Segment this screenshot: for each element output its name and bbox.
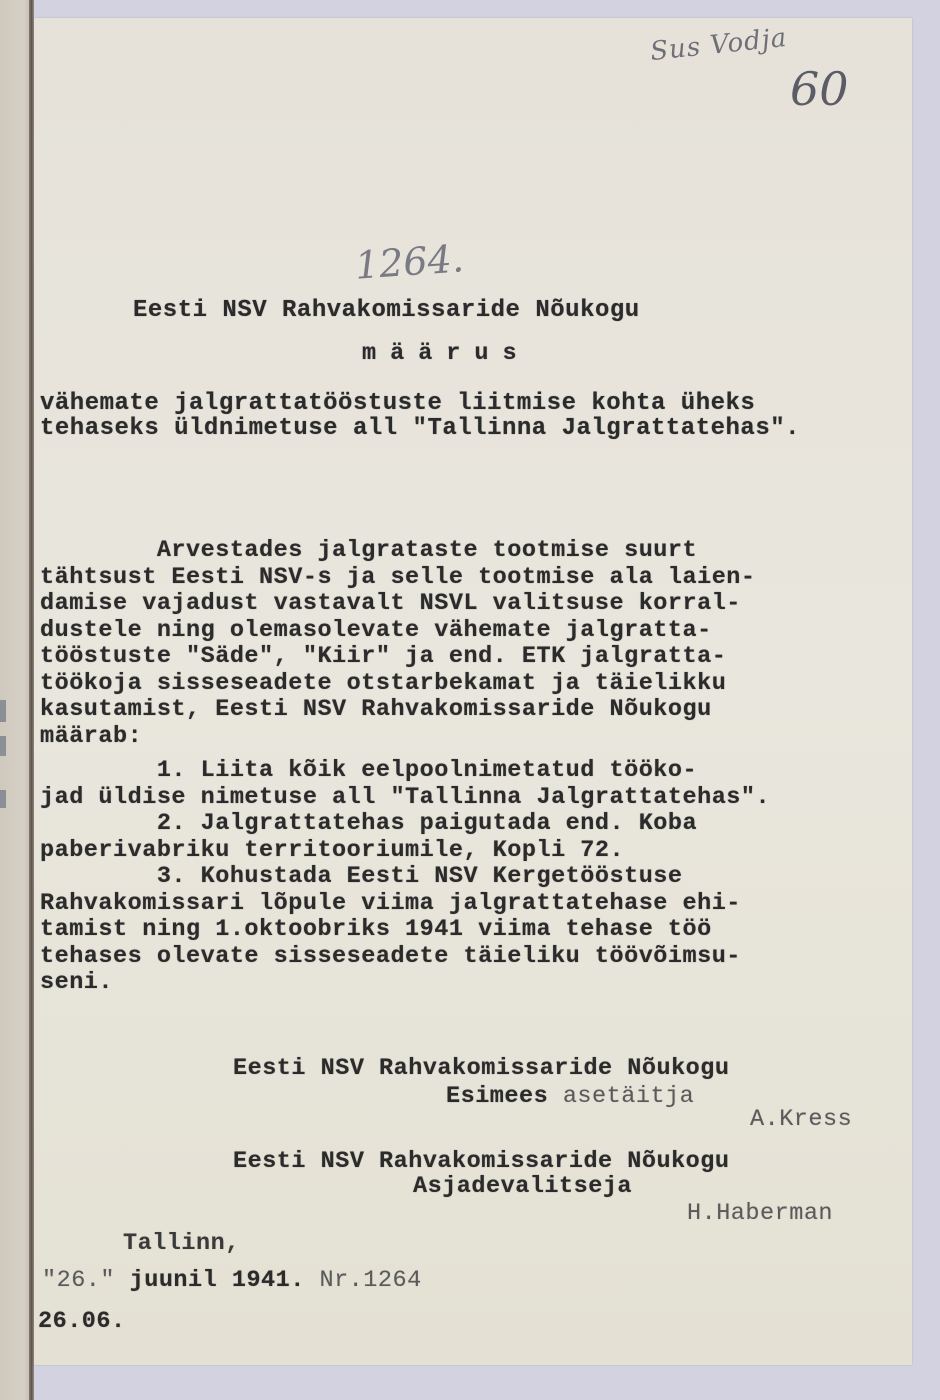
signature-role: Asjadevalitseja: [413, 1173, 632, 1200]
body-text-line: tamist ning 1.oktoobriks 1941 viima teha…: [40, 916, 712, 943]
handwritten-document-number: 1264.: [354, 236, 466, 287]
body-text-line: dustele ning olemasolevate vähemate jalg…: [40, 617, 712, 644]
handwritten-page-number: 60: [790, 62, 849, 116]
body-text-line: Rahvakomissari lõpule viima jalgrattateh…: [40, 890, 741, 917]
signature-role: Esimees asetäitja: [446, 1083, 694, 1110]
body-text-line: 2. Jalgrattatehas paigutada end. Koba: [40, 810, 697, 837]
signatory-name: H.Haberman: [687, 1200, 833, 1227]
signature-organization: Eesti NSV Rahvakomissaride Nõukogu: [233, 1055, 729, 1082]
body-text-line: Arvestades jalgrataste tootmise suurt: [40, 537, 697, 564]
underlying-text-mark: [0, 700, 6, 722]
stamp-date: 26.06.: [38, 1308, 126, 1335]
body-text-line: kasutamist, Eesti NSV Rahvakomissaride N…: [40, 696, 712, 723]
signature-organization: Eesti NSV Rahvakomissaride Nõukogu: [233, 1148, 729, 1175]
body-text-line: tööstuste "Säde", "Kiir" ja end. ETK jal…: [40, 643, 726, 670]
signature-role-bold: Esimees: [446, 1083, 548, 1110]
body-text-line: jad üldise nimetuse all "Tallinna Jalgra…: [40, 784, 770, 811]
body-text-line: 1. Liita kõik eelpoolnimetatud töökо-: [40, 757, 697, 784]
body-text-line: 3. Kohustada Eesti NSV Kergetööstuse: [40, 863, 683, 890]
place-of-issue: Tallinn,: [123, 1230, 240, 1257]
signature-role-suffix: asetäitja: [563, 1083, 694, 1110]
underlying-text-mark: [0, 736, 6, 756]
subject-line: tehaseks üldnimetuse all "Tallinna Jalgr…: [40, 415, 800, 442]
underlying-text-mark: [0, 790, 6, 808]
body-text-line: määrab:: [40, 723, 142, 750]
date-month-year: juunil 1941.: [130, 1267, 305, 1294]
decree-number: Nr.1264: [319, 1267, 421, 1294]
body-text-line: tehases olevate sisseseadete täieliku tö…: [40, 943, 741, 970]
body-text-line: töökoja sisseseadete otstarbekamat ja tä…: [40, 670, 726, 697]
subject-line: vähemate jalgrattatööstuste liitmise koh…: [40, 390, 755, 417]
date-line: "26." juunil 1941. Nr.1264: [42, 1267, 422, 1294]
date-day: "26.": [42, 1267, 115, 1294]
body-text-line: paberivabriku territooriumile, Kopli 72.: [40, 837, 624, 864]
body-text-line: tähtsust Eesti NSV-s ja selle tootmise a…: [40, 564, 756, 591]
signatory-name: A.Kress: [750, 1106, 852, 1133]
body-text-line: damise vajadust vastavalt NSVL valitsuse…: [40, 590, 741, 617]
document-title: Eesti NSV Rahvakomissaride Nõukogu: [133, 297, 640, 324]
document-type: määrus: [362, 340, 531, 367]
body-text-line: seni.: [40, 969, 113, 996]
